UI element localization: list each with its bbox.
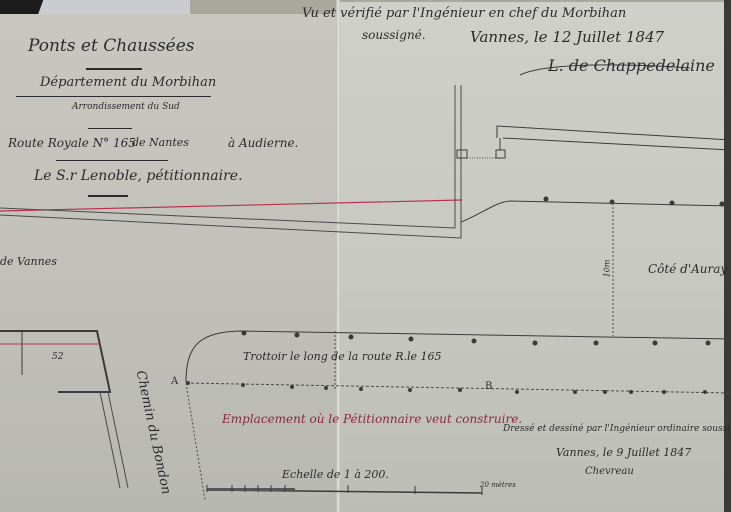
engineer-note-line1: Dressé et dessiné par l'Ingénieur ordina… — [503, 424, 731, 434]
label-dimension: 10m — [602, 260, 611, 278]
label-trottoir: Trottoir le long de la route R.le 165 — [243, 350, 442, 363]
engineer-signature: Chevreau — [585, 466, 634, 477]
engineer-note-place-date: Vannes, le 9 Juillet 1847 — [556, 446, 691, 459]
verification-place-date: Vannes, le 12 Juillet 1847 — [470, 28, 664, 46]
header-underline — [86, 68, 142, 70]
header-petitioner: Le S.r Lenoble, pétitionnaire. — [34, 168, 243, 184]
header-route-to: à Audierne. — [228, 136, 298, 150]
label-point-a: A — [171, 376, 178, 387]
petitioner-underline — [88, 195, 128, 197]
label-point-b: B — [485, 381, 492, 392]
header-arrondissement: Arrondissement du Sud — [72, 102, 180, 112]
verification-note-line2: soussigné. — [362, 28, 426, 42]
header-ponts-et-chaussees: Ponts et Chaussées — [28, 36, 195, 56]
header-route: Route Royale N° 165 — [8, 136, 136, 150]
header-route-from: de Nantes — [132, 136, 189, 149]
label-building-site: Emplacement où le Pétitionnaire veut con… — [222, 412, 522, 426]
label-parcel-number: 52 — [52, 352, 63, 362]
label-cote-dauray: Côté d'Auray — [648, 262, 727, 276]
scale-label: Echelle de 1 à 200. — [282, 468, 389, 481]
label-de-vannes: de Vannes — [0, 255, 57, 268]
scale-unit: 20 mètres — [480, 481, 516, 489]
header-rule — [16, 96, 211, 97]
road-axis-red-line — [0, 200, 462, 211]
header-rule-3 — [56, 160, 168, 161]
verification-signature: L. de Chappedelaine — [548, 56, 715, 75]
header-department: Département du Morbihan — [40, 75, 216, 90]
header-rule-2 — [88, 128, 132, 129]
verification-note-line1: Vu et vérifié par l'Ingénieur en chef du… — [302, 6, 626, 21]
